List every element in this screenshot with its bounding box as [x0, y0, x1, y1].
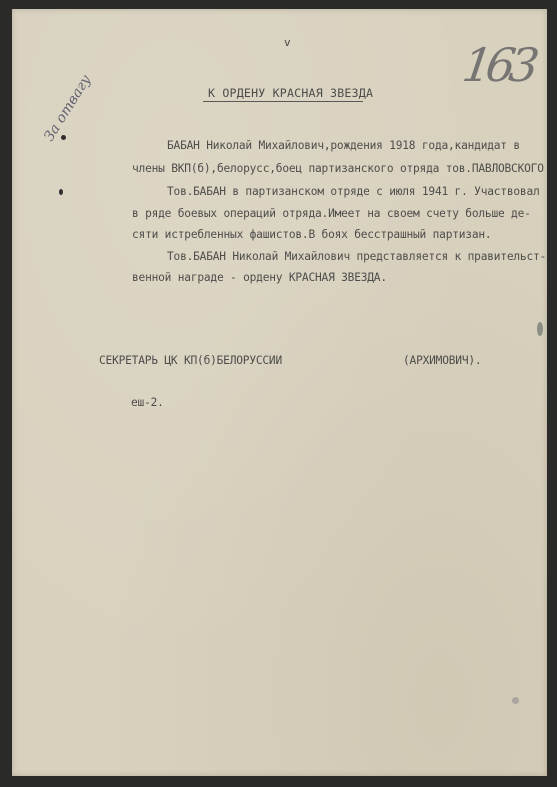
- signature-name: (АРХИМОВИЧ).: [403, 354, 481, 367]
- body-line-4: в ряде боевых операций отряда.Имеет на с…: [132, 207, 531, 220]
- body-line-2: члены ВКП(б),белорусс,боец партизанского…: [132, 162, 544, 175]
- typist-mark: еш-2.: [131, 396, 164, 409]
- document-page: [12, 9, 547, 776]
- body-line-3: Тов.БАБАН в партизанском отряде с июля 1…: [167, 185, 540, 198]
- signature-title: СЕКРЕТАРЬ ЦК КП(б)БЕЛОРУССИИ: [99, 354, 282, 367]
- body-line-6: Тов.БАБАН Николай Михайлович представляе…: [167, 250, 546, 263]
- title-underline: [203, 101, 363, 102]
- ink-stain: [512, 697, 519, 704]
- handwritten-page-number: 163: [459, 38, 536, 92]
- body-line-5: сяти истребленных фашистов.В боях бесстр…: [132, 228, 491, 241]
- body-line-7: венной награде - ордену КРАСНАЯ ЗВЕЗДА.: [132, 271, 387, 284]
- check-mark: v: [284, 36, 290, 49]
- ink-stain: [537, 322, 543, 336]
- ink-dot: [61, 135, 66, 140]
- document-title: К ОРДЕНУ КРАСНАЯ ЗВЕЗДА: [208, 86, 373, 100]
- body-line-1: БАБАН Николай Михайлович,рождения 1918 г…: [167, 139, 520, 152]
- ink-dot: [59, 189, 63, 195]
